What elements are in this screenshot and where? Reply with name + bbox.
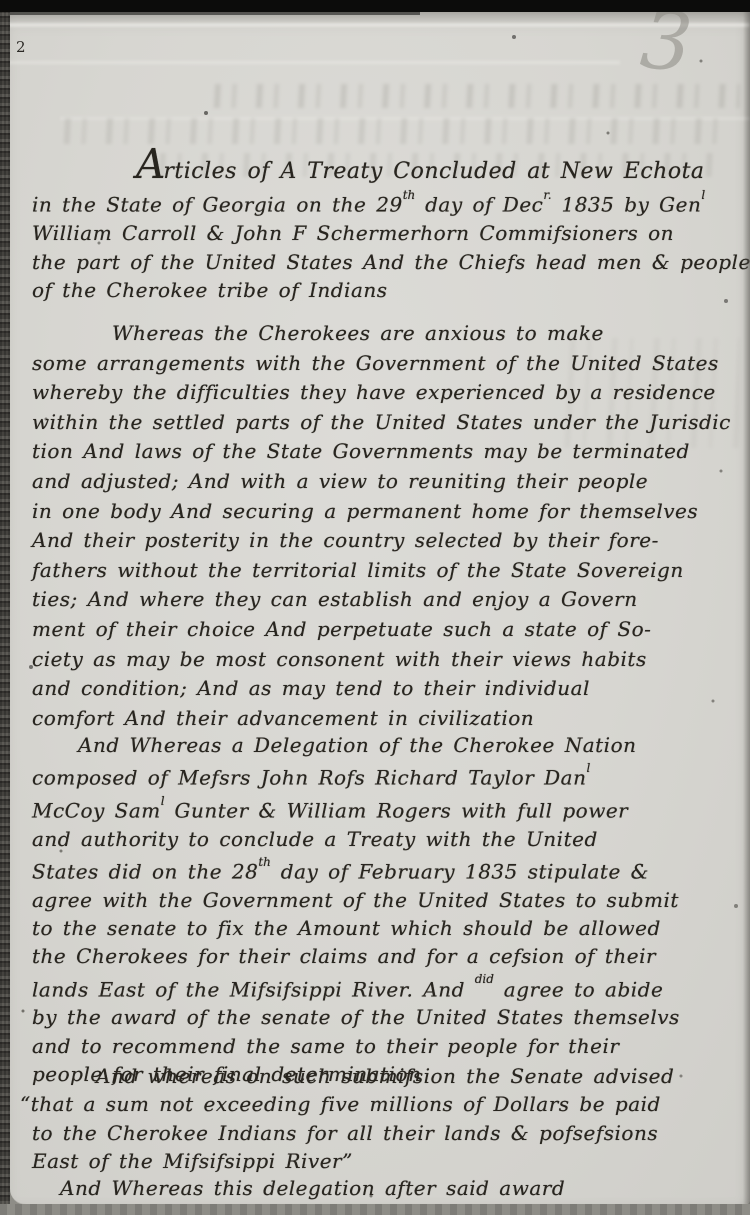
manuscript-line: within the settled parts of the United S… xyxy=(32,408,744,438)
manuscript-line: East of the Mifsifsippi River” xyxy=(32,1147,744,1175)
manuscript-line: And Whereas this delegation after said a… xyxy=(32,1174,744,1202)
delegation-whereas-paragraph: And Whereas a Delegation of the Cherokee… xyxy=(32,731,744,1088)
manuscript-line: And Whereas a Delegation of the Cherokee… xyxy=(32,731,744,759)
manuscript-line: Articles of A Treaty Concluded at New Ec… xyxy=(32,150,744,186)
manuscript-line: some arrangements with the Government of… xyxy=(32,349,744,379)
manuscript-line: and to recommend the same to their peopl… xyxy=(32,1032,744,1060)
treaty-title-paragraph: Articles of A Treaty Concluded at New Ec… xyxy=(32,150,744,305)
manuscript-line: in one body And securing a permanent hom… xyxy=(32,497,744,527)
manuscript-line: McCoy Saml Gunter & William Rogers with … xyxy=(32,792,744,825)
manuscript-line: in the State of Georgia on the 29th day … xyxy=(32,186,744,219)
manuscript-line: of the Cherokee tribe of Indians xyxy=(32,276,744,304)
manuscript-line: And whereas on such submifsion the Senat… xyxy=(32,1062,744,1090)
manuscript-line: and authority to conclude a Treaty with … xyxy=(32,825,744,853)
manuscript-line: ciety as may be most consonent with thei… xyxy=(32,645,744,675)
manuscript-line: lands East of the Mifsifsippi River. And… xyxy=(32,971,744,1004)
manuscript-line: composed of Mefsrs John Rofs Richard Tay… xyxy=(32,759,744,792)
manuscript-line: the part of the United States And the Ch… xyxy=(32,248,744,276)
top-scan-band xyxy=(0,0,750,12)
manuscript-line: Whereas the Cherokees are anxious to mak… xyxy=(32,319,744,349)
closing-line-paragraph: And Whereas this delegation after said a… xyxy=(32,1174,744,1202)
manuscript-line: to the Cherokee Indians for all their la… xyxy=(32,1119,744,1147)
whereas-preamble-paragraph: Whereas the Cherokees are anxious to mak… xyxy=(32,319,744,733)
manuscript-line: William Carroll & John F Schermerhorn Co… xyxy=(32,219,744,247)
manuscript-line: to the senate to fix the Amount which sh… xyxy=(32,914,744,942)
manuscript-line: States did on the 28th day of February 1… xyxy=(32,853,744,886)
manuscript-line: And their posterity in the country selec… xyxy=(32,526,744,556)
manuscript-line: ties; And where they can establish and e… xyxy=(32,585,744,615)
manuscript-line: tion And laws of the State Governments m… xyxy=(32,437,744,467)
manuscript-line: ment of their choice And perpetuate such… xyxy=(32,615,744,645)
manuscript-line: and condition; And as may tend to their … xyxy=(32,674,744,704)
right-scan-edge xyxy=(743,12,750,1215)
left-scan-edge xyxy=(0,12,10,1215)
scanned-manuscript-page: 2 3 Articles of A Treaty Concluded at Ne… xyxy=(0,0,750,1215)
senate-submission-paragraph: And whereas on such submifsion the Senat… xyxy=(32,1062,744,1176)
bottom-scan-edge xyxy=(0,1204,750,1215)
manuscript-line: agree with the Government of the United … xyxy=(32,886,744,914)
manuscript-line: the Cherokees for their claims and for a… xyxy=(32,942,744,970)
manuscript-line: whereby the difficulties they have exper… xyxy=(32,378,744,408)
manuscript-line: and adjusted; And with a view to reuniti… xyxy=(32,467,744,497)
manuscript-line: “that a sum not exceeding five millions … xyxy=(20,1090,744,1118)
manuscript-text: Articles of A Treaty Concluded at New Ec… xyxy=(0,0,750,1215)
manuscript-line: by the award of the senate of the United… xyxy=(32,1003,744,1031)
manuscript-line: comfort And their advancement in civiliz… xyxy=(32,704,744,734)
manuscript-line: fathers without the territorial limits o… xyxy=(32,556,744,586)
